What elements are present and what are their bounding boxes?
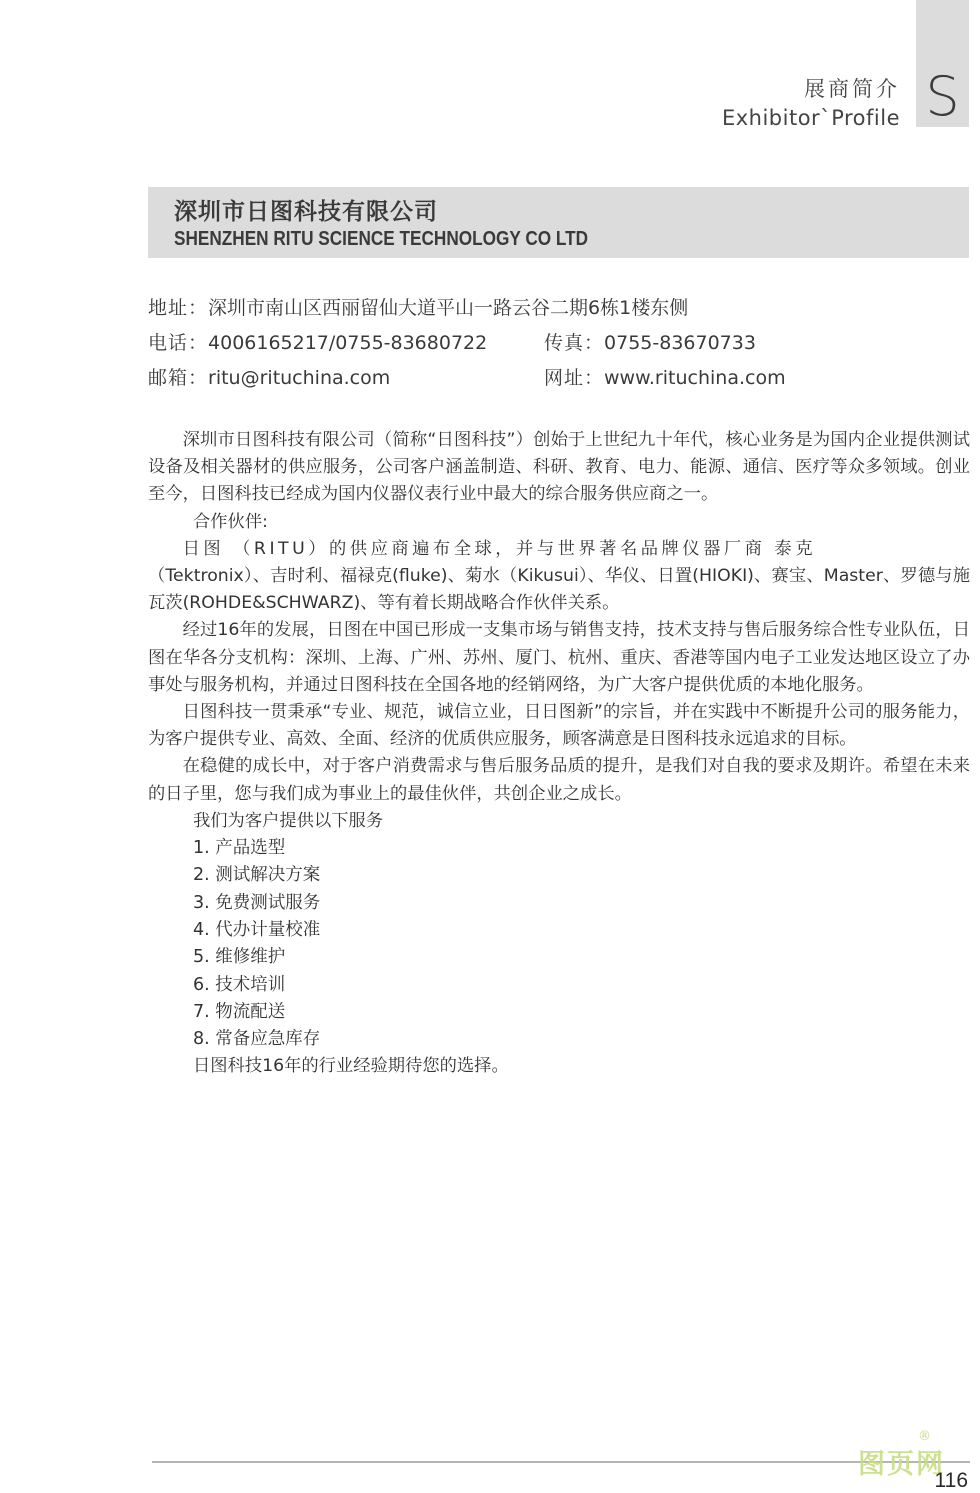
company-name-en: SHENZHEN RITU SCIENCE TECHNOLOGY CO LTD xyxy=(174,228,588,251)
service-item: 7. 物流配送 xyxy=(148,999,970,1026)
partners-list: （Tektronix）、吉时利、福禄克(fluke)、菊水（Kikusui）、华… xyxy=(148,563,970,617)
email-web-row: 邮箱：ritu@rituchina.com 网址：www.rituchina.c… xyxy=(148,364,948,399)
registered-mark-icon: ® xyxy=(918,1429,931,1444)
fax-value: 0755-83670733 xyxy=(604,332,756,354)
phone-value: 4006165217/0755-83680722 xyxy=(208,332,487,354)
development-paragraph: 经过16年的发展，日图在中国已形成一支集市场与销售支持，技术支持与售后服务综合性… xyxy=(148,617,970,699)
philosophy-paragraph: 日图科技一贯秉承“专业、规范，诚信立业，日日图新”的宗旨，并在实践中不断提升公司… xyxy=(148,699,970,753)
address-value: 深圳市南山区西丽留仙大道平山一路云谷二期6栋1楼东侧 xyxy=(208,297,688,319)
growth-paragraph: 在稳健的成长中，对于客户消费需求与售后服务品质的提升，是我们对自我的要求及期许。… xyxy=(148,753,970,807)
email-label: 邮箱： xyxy=(148,367,208,389)
company-header-band: 深圳市日图科技有限公司 SHENZHEN RITU SCIENCE TECHNO… xyxy=(148,187,969,258)
service-item: 6. 技术培训 xyxy=(148,972,970,999)
service-item: 4. 代办计量校准 xyxy=(148,917,970,944)
service-item: 3. 免费测试服务 xyxy=(148,890,970,917)
section-title-cn: 展商简介 xyxy=(722,74,900,104)
service-item: 2. 测试解决方案 xyxy=(148,862,970,889)
page-number: 116 xyxy=(935,1469,968,1493)
email-value: ritu@rituchina.com xyxy=(208,367,390,389)
website-label: 网址： xyxy=(544,367,604,389)
company-name-cn: 深圳市日图科技有限公司 xyxy=(174,193,438,226)
partners-lead: 日图 （RITU）的供应商遍布全球，并与世界著名品牌仪器厂商 泰克 xyxy=(148,536,970,563)
section-tab-letter: S xyxy=(916,69,969,125)
fax-label: 传真： xyxy=(544,332,604,354)
service-item: 5. 维修维护 xyxy=(148,944,970,971)
services-list: 1. 产品选型 2. 测试解决方案 3. 免费测试服务 4. 代办计量校准 5.… xyxy=(148,835,970,1053)
partners-heading: 合作伙伴: xyxy=(148,509,970,536)
section-title-en: Exhibitor`Profile xyxy=(722,104,900,132)
section-title: 展商简介 Exhibitor`Profile xyxy=(722,74,900,132)
intro-paragraph: 深圳市日图科技有限公司（简称“日图科技”）创始于上世纪九十年代，核心业务是为国内… xyxy=(148,427,970,509)
watermark-logo: 图页网 xyxy=(858,1442,945,1481)
closing-line: 日图科技16年的行业经验期待您的选择。 xyxy=(148,1053,970,1080)
services-heading: 我们为客户提供以下服务 xyxy=(148,808,970,835)
website-value: www.rituchina.com xyxy=(604,367,786,389)
address-row: 地址：深圳市南山区西丽留仙大道平山一路云谷二期6栋1楼东侧 xyxy=(148,294,948,329)
service-item: 1. 产品选型 xyxy=(148,835,970,862)
contact-info: 地址：深圳市南山区西丽留仙大道平山一路云谷二期6栋1楼东侧 电话：4006165… xyxy=(148,294,948,399)
company-description: 深圳市日图科技有限公司（简称“日图科技”）创始于上世纪九十年代，核心业务是为国内… xyxy=(148,427,970,1081)
section-tab: S xyxy=(916,0,969,127)
footer-rule xyxy=(152,1461,970,1463)
phone-label: 电话： xyxy=(148,332,208,354)
service-item: 8. 常备应急库存 xyxy=(148,1026,970,1053)
address-label: 地址： xyxy=(148,297,208,319)
phone-fax-row: 电话：4006165217/0755-83680722 传真：0755-8367… xyxy=(148,329,948,364)
